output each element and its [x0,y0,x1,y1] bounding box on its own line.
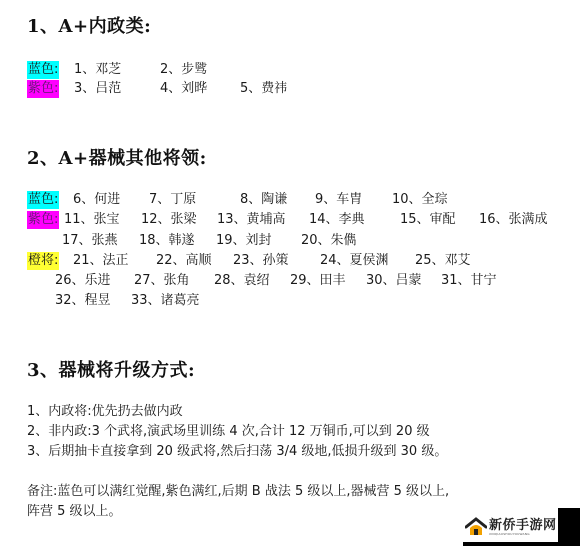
watermark-logo: 新侨手游网 XINQIAOSHOUYOUWANG [463,512,558,542]
tag-blue: 蓝色: [27,61,59,79]
general-item: 20、朱儁 [301,232,357,250]
upgrade-step-2: 2、非内政:3 个武将,演武场里训练 4 次,合计 12 万铜币,可以到 20 … [27,423,430,441]
general-item: 21、法正 [73,252,129,270]
section2-heading: 2、A+器械其他将领: [27,144,207,170]
house-icon [465,516,487,538]
general-item: 22、高顺 [156,252,212,270]
general-item: 13、黄埔高 [217,211,286,229]
general-item: 17、张燕 [62,232,118,250]
section1-row-blue: 蓝色: 1、邓芝 2、步骘 [27,61,59,79]
watermark-sub: XINQIAOSHOUYOUWANG [489,532,530,536]
general-item: 27、张角 [134,272,190,290]
upgrade-step-3: 3、后期抽卡直接拿到 20 级武将,然后扫荡 3/4 级地,低损升级到 30 级… [27,443,447,461]
general-item: 12、张梁 [141,211,197,229]
section1-heading: 1、A+内政类: [27,12,151,38]
general-item: 23、孙策 [233,252,289,270]
general-item: 14、李典 [309,211,365,229]
general-item: 4、刘晔 [160,80,207,98]
general-item: 19、刘封 [216,232,272,250]
note-line-2: 阵营 5 级以上。 [27,503,122,521]
general-item: 9、车胄 [315,191,362,209]
general-item: 5、费祎 [240,80,287,98]
general-item: 11、张宝 [64,211,120,229]
general-item: 32、程昱 [55,292,111,310]
general-item: 29、田丰 [290,272,346,290]
section2-row-blue: 蓝色: 6、何进 7、丁原 8、陶谦 9、车胄 10、全琮 [27,191,59,209]
general-item: 33、诸葛亮 [131,292,200,310]
general-item: 6、何进 [73,191,120,209]
general-item: 26、乐进 [55,272,111,290]
section2-row-orange: 橙将: 21、法正 22、高顺 23、孙策 24、夏侯渊 25、邓艾 [27,252,59,270]
general-item: 1、邓芝 [74,61,121,79]
general-item: 3、吕范 [74,80,121,98]
general-item: 16、张满成 [479,211,548,229]
general-item: 31、甘宁 [441,272,497,290]
section2-row-purple: 紫色: 11、张宝 12、张梁 13、黄埔高 14、李典 15、审配 16、张满… [27,211,59,229]
general-item: 15、审配 [400,211,456,229]
general-item: 24、夏侯渊 [320,252,389,270]
general-item: 2、步骘 [160,61,207,79]
general-item: 30、吕蒙 [366,272,422,290]
tag-purple: 紫色: [27,211,59,229]
tag-orange: 橙将: [27,252,59,270]
general-item: 10、全琮 [392,191,448,209]
general-item: 28、袁绍 [214,272,270,290]
section1-row-purple: 紫色: 3、吕范 4、刘晔 5、费祎 [27,80,59,98]
general-item: 18、韩遂 [139,232,195,250]
tag-blue: 蓝色: [27,191,59,209]
tag-purple: 紫色: [27,80,59,98]
section3-heading: 3、器械将升级方式: [27,356,195,382]
general-item: 7、丁原 [149,191,196,209]
general-item: 8、陶谦 [240,191,287,209]
watermark-name: 新侨手游网 [489,514,557,533]
note-line-1: 备注:蓝色可以满红觉醒,紫色满红,后期 B 战法 5 级以上,器械营 5 级以上… [27,483,449,501]
upgrade-step-1: 1、内政将:优先扔去做内政 [27,403,183,421]
general-item: 25、邓艾 [415,252,471,270]
